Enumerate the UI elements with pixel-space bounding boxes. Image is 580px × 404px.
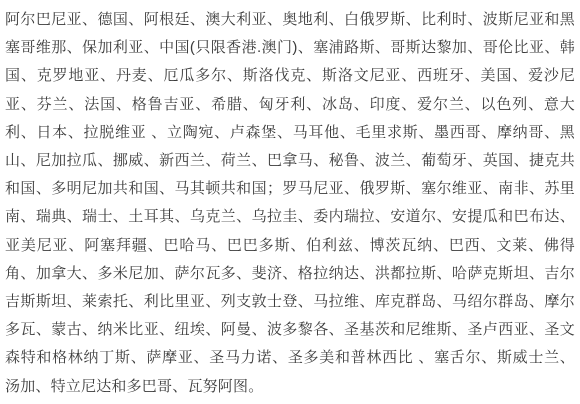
text-line: 阿尔巴尼亚、德国、阿根廷、澳大利亚、奥地利、白俄罗斯、比利时、波斯尼亚和黑 — [5, 6, 575, 34]
text-line: 山、尼加拉瓜、挪威、新西兰、荷兰、巴拿马、秘鲁、波兰、葡萄牙、英国、捷克共 — [5, 147, 575, 175]
text-line: 和国、多明尼加共和国、马其顿共和国；罗马尼亚、俄罗斯、塞尔维亚、南非、苏里 — [5, 175, 575, 203]
text-line: 森特和格林纳丁斯、萨摩亚、圣马力诺、圣多美和普林西比 、塞舌尔、斯威士兰、 — [5, 344, 575, 372]
text-line: 多瓦、蒙古、纳米比亚、纽埃、阿曼、波多黎各、圣基茨和尼维斯、圣卢西亚、圣文 — [5, 316, 575, 344]
text-line: 亚、芬兰、法国、格鲁吉亚、希腊、匈牙利、冰岛、印度、爱尔兰、以色列、意大 — [5, 91, 575, 119]
text-line: 南、瑞典、瑞士、土耳其、乌克兰、乌拉圭、委内瑞拉、安道尔、安提瓜和巴布达、 — [5, 203, 575, 231]
text-line: 国、克罗地亚、丹麦、厄瓜多尔、斯洛伐克、斯洛文尼亚、西班牙、美国、爱沙尼 — [5, 62, 575, 90]
text-line: 塞哥维那、保加利亚、中国(只限香港.澳门)、塞浦路斯、哥斯达黎加、哥伦比亚、韩 — [5, 34, 575, 62]
text-line: 亚美尼亚、阿塞拜疆、巴哈马、巴巴多斯、伯利兹、博茨瓦纳、巴西、文莱、佛得 — [5, 232, 575, 260]
text-line: 吉斯斯坦、莱索托、利比里亚、列支敦士登、马拉维、库克群岛、马绍尔群岛、摩尔 — [5, 288, 575, 316]
country-list-document: 阿尔巴尼亚、德国、阿根廷、澳大利亚、奥地利、白俄罗斯、比利时、波斯尼亚和黑 塞哥… — [0, 0, 580, 404]
text-line: 利、日本、拉脱维亚 、立陶宛、卢森堡、马耳他、毛里求斯、墨西哥、摩纳哥、黑 — [5, 119, 575, 147]
text-line-last: 汤加、特立尼达和多巴哥、瓦努阿图。 — [5, 373, 575, 401]
text-line: 角、加拿大、多米尼加、萨尔瓦多、斐济、格拉纳达、洪都拉斯、哈萨克斯坦、吉尔 — [5, 260, 575, 288]
